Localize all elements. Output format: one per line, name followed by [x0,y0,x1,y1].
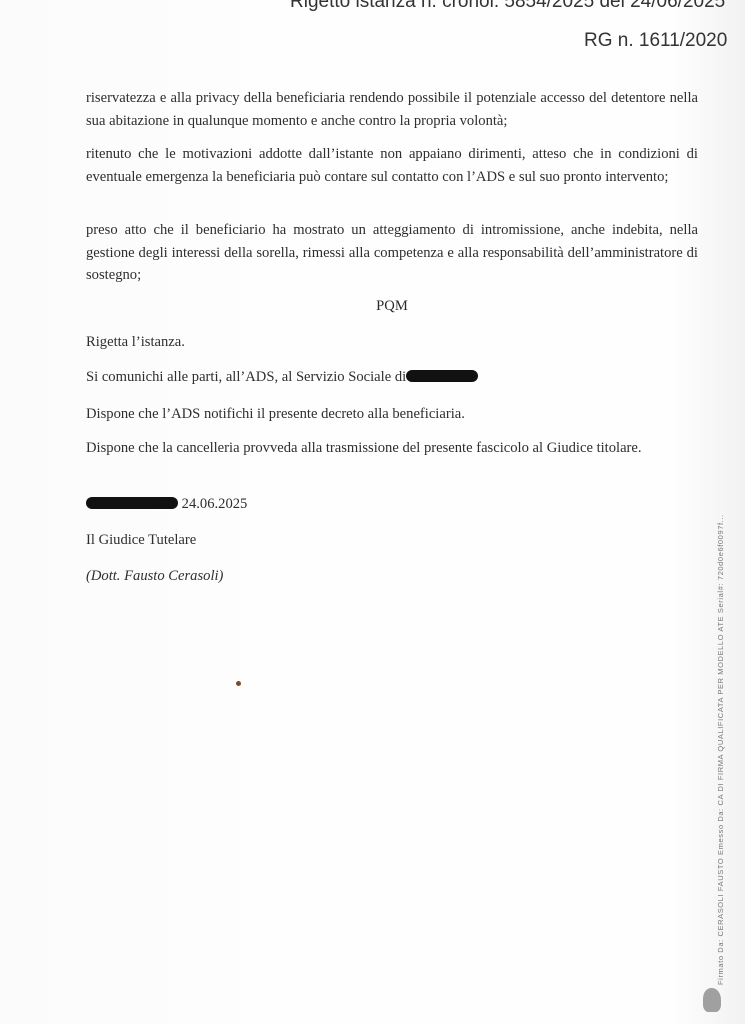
header-reference: Rigetto istanza n. cronol. 5854/2025 del… [290,0,745,13]
dispone-cancelleria: Dispone che la cancelleria provveda alla… [86,437,698,460]
paragraph-preso-atto: preso atto che il beneficiario ha mostra… [86,219,698,287]
signature-name: (Dott. Fausto Cerasoli) [86,565,698,588]
redaction-mark [406,370,478,382]
comunichi-text: Si comunichi alle parti, all’ADS, al Ser… [86,369,406,385]
paragraph-ritenuto: ritenuto che le motivazioni addotte dall… [86,143,698,188]
scan-speck [236,681,241,686]
paragraph-privacy: riservatezza e alla privacy della benefi… [86,87,698,132]
decree-date: 24.06.2025 [182,496,248,512]
comunichi-line: Si comunichi alle parti, all’ADS, al Ser… [86,366,698,389]
document-page: Rigetto istanza n. cronol. 5854/2025 del… [0,0,745,1024]
digital-signature-stamp: Firmato Da: CERASOLI FAUSTO Emesso Da: C… [716,415,725,985]
scan-blot [703,988,721,1012]
dispone-notifica: Dispone che l’ADS notifichi il presente … [86,403,698,426]
redaction-mark [86,497,178,509]
header-rg-number: RG n. 1611/2020 [584,30,745,52]
pqm-heading: PQM [86,298,698,315]
place-date-line: 24.06.2025 [86,493,698,516]
signature-title: Il Giudice Tutelare [86,529,698,552]
rigetta-line: Rigetta l’istanza. [86,331,698,354]
